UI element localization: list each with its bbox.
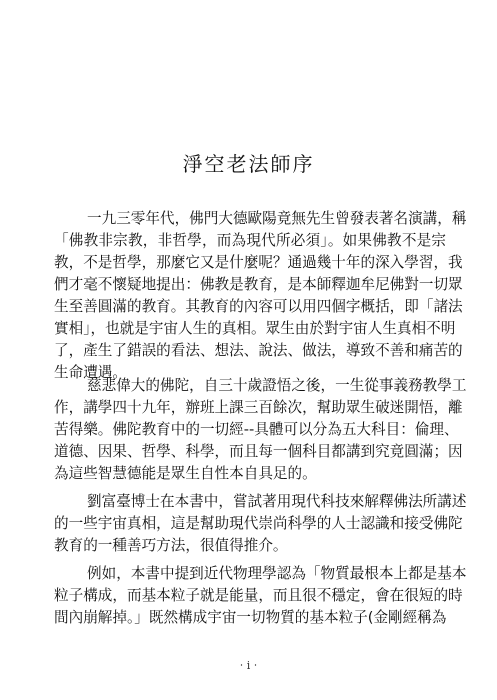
text-line: 教，不是哲學，那麼它又是什麼呢？通過幾十年的深入學習，我 [54,252,446,274]
text-line: 間內崩解掉。」既然構成宇宙一切物質的基本粒子(金剛經稱為 [54,607,446,629]
paragraph-3: 劉富臺博士在本書中，嘗試著用現代科技來解釋佛法所講述 的一些宇宙真相，這是幫助現… [54,491,446,557]
text-line: 們才毫不懷疑地提出：佛教是教育，是本師釋迦牟尼佛對一切眾 [54,274,446,296]
text-line: 「佛教非宗教，非哲學，而為現代所必須」。如果佛教不是宗 [54,230,446,252]
text-line: 苦得樂。佛陀教育中的一切經--具體可以分為五大科目：倫理、 [54,419,446,441]
text-line: 例如，本書中提到近代物理學認為「物質最根本上都是基本 [54,563,446,585]
text-line: 教育的一種善巧方法，很值得推介。 [54,535,446,557]
text-line: 慈悲偉大的佛陀，自三十歲證悟之後，一生從事義務教學工 [54,375,446,397]
text-line: 生至善圓滿的教育。其教育的內容可以用四個字概括，即「諸法 [54,296,446,318]
text-line: 作，講學四十九年，辦班上課三百餘次，幫助眾生破迷開悟，離 [54,397,446,419]
paragraph-1: 一九三零年代，佛門大德歐陽竟無先生曾發表著名演講，稱 「佛教非宗教，非哲學，而為… [54,208,446,384]
paragraph-2: 慈悲偉大的佛陀，自三十歲證悟之後，一生從事義務教學工 作，講學四十九年，辦班上課… [54,375,446,485]
text-line: 實相」，也就是宇宙人生的真相。眾生由於對宇宙人生真相不明 [54,318,446,340]
document-page: 淨空老法師序 一九三零年代，佛門大德歐陽竟無先生曾發表著名演講，稱 「佛教非宗教… [0,0,497,700]
text-line: 了，產生了錯誤的看法、想法、說法、做法，導致不善和痛苦的 [54,340,446,362]
text-line: 一九三零年代，佛門大德歐陽竟無先生曾發表著名演講，稱 [54,208,446,230]
paragraph-4: 例如，本書中提到近代物理學認為「物質最根本上都是基本 粒子構成，而基本粒子就是能… [54,563,446,629]
text-line: 為這些智慧德能是眾生自性本自具足的。 [54,463,446,485]
text-line: 道德、因果、哲學、科學，而且每一個科目都講到究竟圓滿；因 [54,441,446,463]
page-title: 淨空老法師序 [0,148,497,177]
text-line: 的一些宇宙真相，這是幫助現代崇尚科學的人士認識和接受佛陀 [54,513,446,535]
text-line: 劉富臺博士在本書中，嘗試著用現代科技來解釋佛法所講述 [54,491,446,513]
text-line: 粒子構成，而基本粒子就是能量，而且很不穩定，會在很短的時 [54,585,446,607]
page-number: ‧ i ‧ [0,659,497,672]
